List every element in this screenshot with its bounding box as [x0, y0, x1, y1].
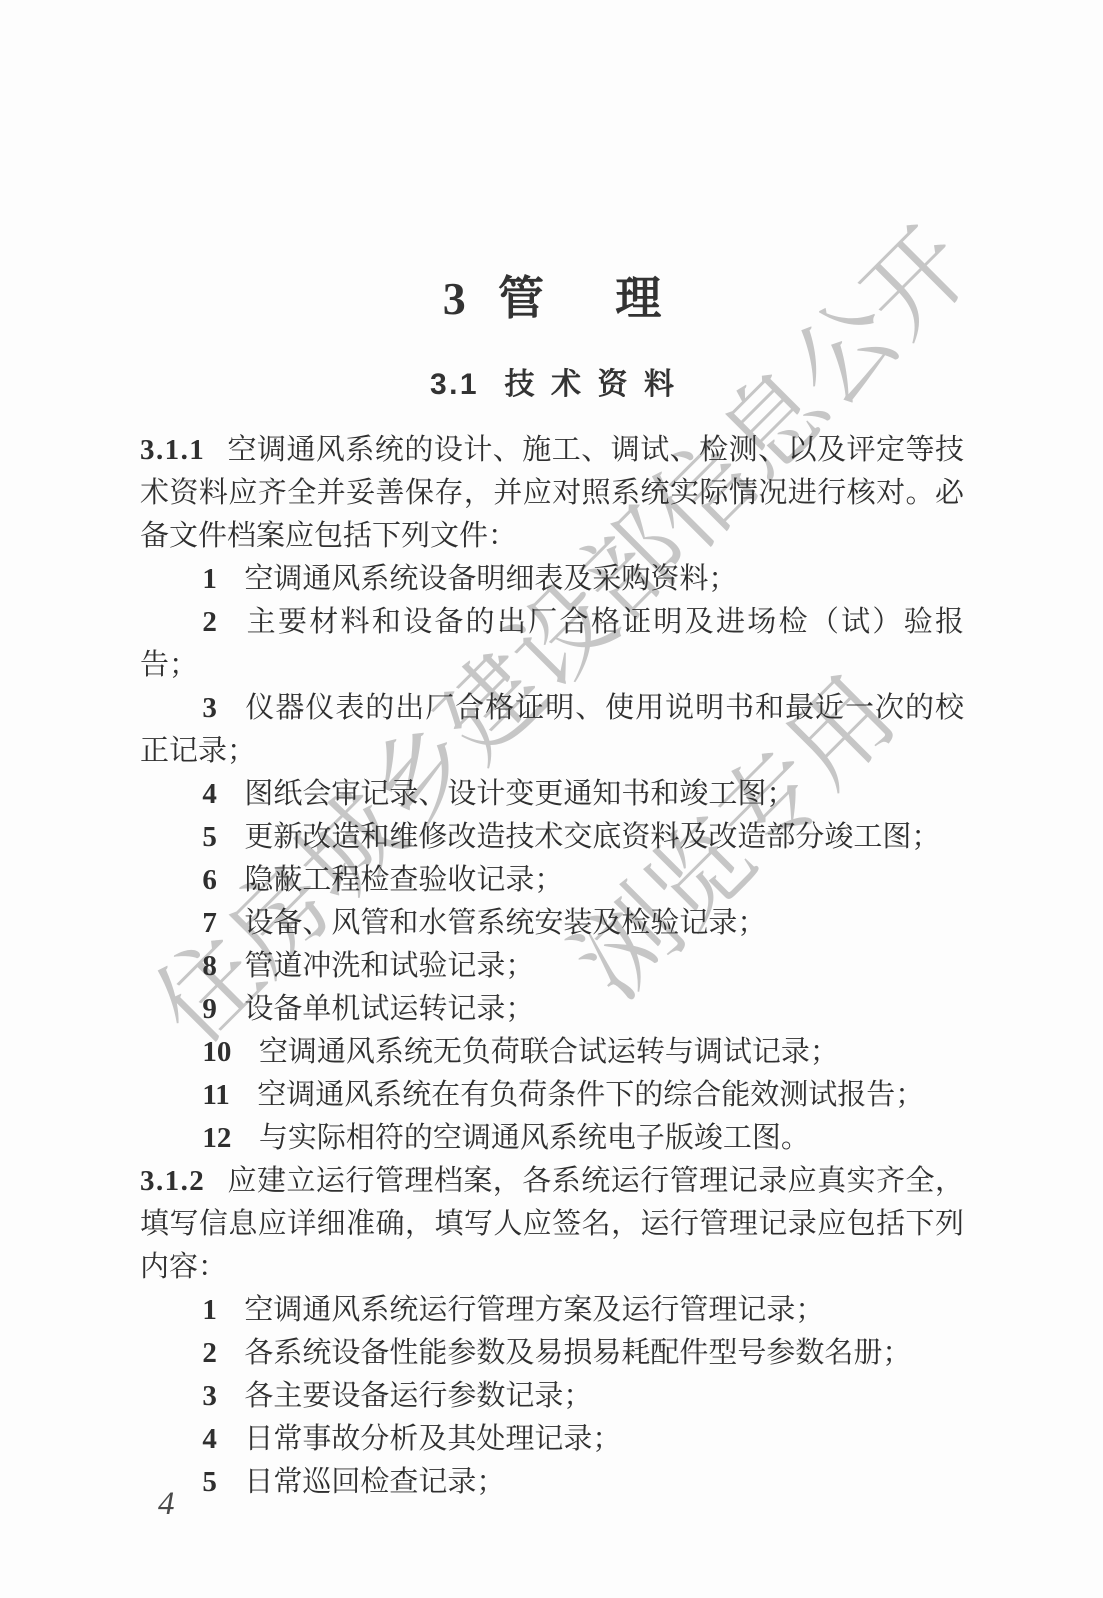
chapter-title: 3管理	[140, 262, 964, 328]
item-text: 设备、风管和水管系统安装及检验记录；	[244, 907, 766, 939]
clause-number: 3.1.2	[140, 1165, 205, 1197]
list-item: 3各主要设备运行参数记录；	[140, 1375, 964, 1418]
item-number: 8	[202, 950, 217, 982]
list-item: 2主要材料和设备的出厂合格证明及进场检（试）验报告；	[140, 601, 964, 687]
list-item: 12与实际相符的空调通风系统电子版竣工图。	[140, 1117, 964, 1160]
item-number: 7	[202, 907, 217, 939]
clause-text: 应建立运行管理档案，各系统运行管理记录应真实齐全，填写信息应详细准确，填写人应签…	[140, 1165, 964, 1283]
section-number: 3.1	[430, 368, 479, 401]
page-number: 4	[158, 1486, 175, 1523]
item-number: 5	[202, 821, 217, 853]
chapter-title-text: 管理	[498, 273, 733, 324]
chapter-number: 3	[443, 273, 466, 324]
item-text: 各系统设备性能参数及易损易耗配件型号参数名册；	[244, 1337, 911, 1369]
item-number: 11	[202, 1079, 229, 1111]
item-text: 日常事故分析及其处理记录；	[244, 1423, 621, 1455]
list-item: 7设备、风管和水管系统安装及检验记录；	[140, 902, 964, 945]
list-item: 2各系统设备性能参数及易损易耗配件型号参数名册；	[140, 1332, 964, 1375]
item-text: 空调通风系统运行管理方案及运行管理记录；	[244, 1294, 824, 1326]
item-number: 3	[202, 692, 217, 724]
item-text: 日常巡回检查记录；	[244, 1466, 505, 1498]
item-number: 4	[202, 1423, 217, 1455]
item-number: 4	[202, 778, 217, 810]
item-text: 图纸会审记录、设计变更通知书和竣工图；	[244, 778, 795, 810]
item-text: 设备单机试运转记录；	[244, 993, 534, 1025]
item-number: 2	[202, 1337, 217, 1369]
item-text: 管道冲洗和试验记录；	[244, 950, 534, 982]
item-number: 12	[202, 1122, 231, 1154]
list-item: 11空调通风系统在有负荷条件下的综合能效测试报告；	[140, 1074, 964, 1117]
list-item: 1空调通风系统设备明细表及采购资料；	[140, 558, 964, 601]
list-item: 8管道冲洗和试验记录；	[140, 945, 964, 988]
item-number: 3	[202, 1380, 217, 1412]
list-item: 6隐蔽工程检查验收记录；	[140, 859, 964, 902]
item-text: 空调通风系统在有负荷条件下的综合能效测试报告；	[257, 1079, 924, 1111]
item-number: 1	[202, 1294, 217, 1326]
item-text: 各主要设备运行参数记录；	[244, 1380, 592, 1412]
section-heading-text: 技术资料	[504, 368, 690, 401]
list-item: 4图纸会审记录、设计变更通知书和竣工图；	[140, 773, 964, 816]
item-text: 隐蔽工程检查验收记录；	[244, 864, 563, 896]
item-text: 与实际相符的空调通风系统电子版竣工图。	[259, 1122, 810, 1154]
item-text: 空调通风系统无负荷联合试运转与调试记录；	[259, 1036, 839, 1068]
item-text: 空调通风系统设备明细表及采购资料；	[244, 563, 737, 595]
list-item: 5更新改造和维修改造技术交底资料及改造部分竣工图；	[140, 816, 964, 859]
item-number: 10	[202, 1036, 231, 1068]
item-text: 更新改造和维修改造技术交底资料及改造部分竣工图；	[244, 821, 940, 853]
clause-number: 3.1.1	[140, 434, 205, 466]
body-text: 3.1.1空调通风系统的设计、施工、调试、检测、以及评定等技术资料应齐全并妥善保…	[140, 429, 964, 1504]
item-number: 2	[202, 606, 217, 638]
clause-text: 空调通风系统的设计、施工、调试、检测、以及评定等技术资料应齐全并妥善保存，并应对…	[140, 434, 964, 552]
clause-3-1-1: 3.1.1空调通风系统的设计、施工、调试、检测、以及评定等技术资料应齐全并妥善保…	[140, 429, 964, 558]
item-text: 仪器仪表的出厂合格证明、使用说明书和最近一次的校正记录；	[140, 692, 964, 767]
item-number: 6	[202, 864, 217, 896]
list-item: 3仪器仪表的出厂合格证明、使用说明书和最近一次的校正记录；	[140, 687, 964, 773]
clause-3-1-2: 3.1.2应建立运行管理档案，各系统运行管理记录应真实齐全，填写信息应详细准确，…	[140, 1160, 964, 1289]
item-number: 1	[202, 563, 217, 595]
list-item: 9设备单机试运转记录；	[140, 988, 964, 1031]
item-number: 5	[202, 1466, 217, 1498]
section-heading: 3.1技术资料	[140, 359, 964, 403]
item-text: 主要材料和设备的出厂合格证明及进场检（试）验报告；	[140, 606, 964, 681]
list-item: 1空调通风系统运行管理方案及运行管理记录；	[140, 1289, 964, 1332]
list-item: 4日常事故分析及其处理记录；	[140, 1418, 964, 1461]
document-page: 住房城乡建设部信息公开 浏览专用 3管理 3.1技术资料 3.1.1空调通风系统…	[0, 0, 1103, 1598]
list-item: 10空调通风系统无负荷联合试运转与调试记录；	[140, 1031, 964, 1074]
list-item: 5日常巡回检查记录；	[140, 1461, 964, 1504]
item-number: 9	[202, 993, 217, 1025]
